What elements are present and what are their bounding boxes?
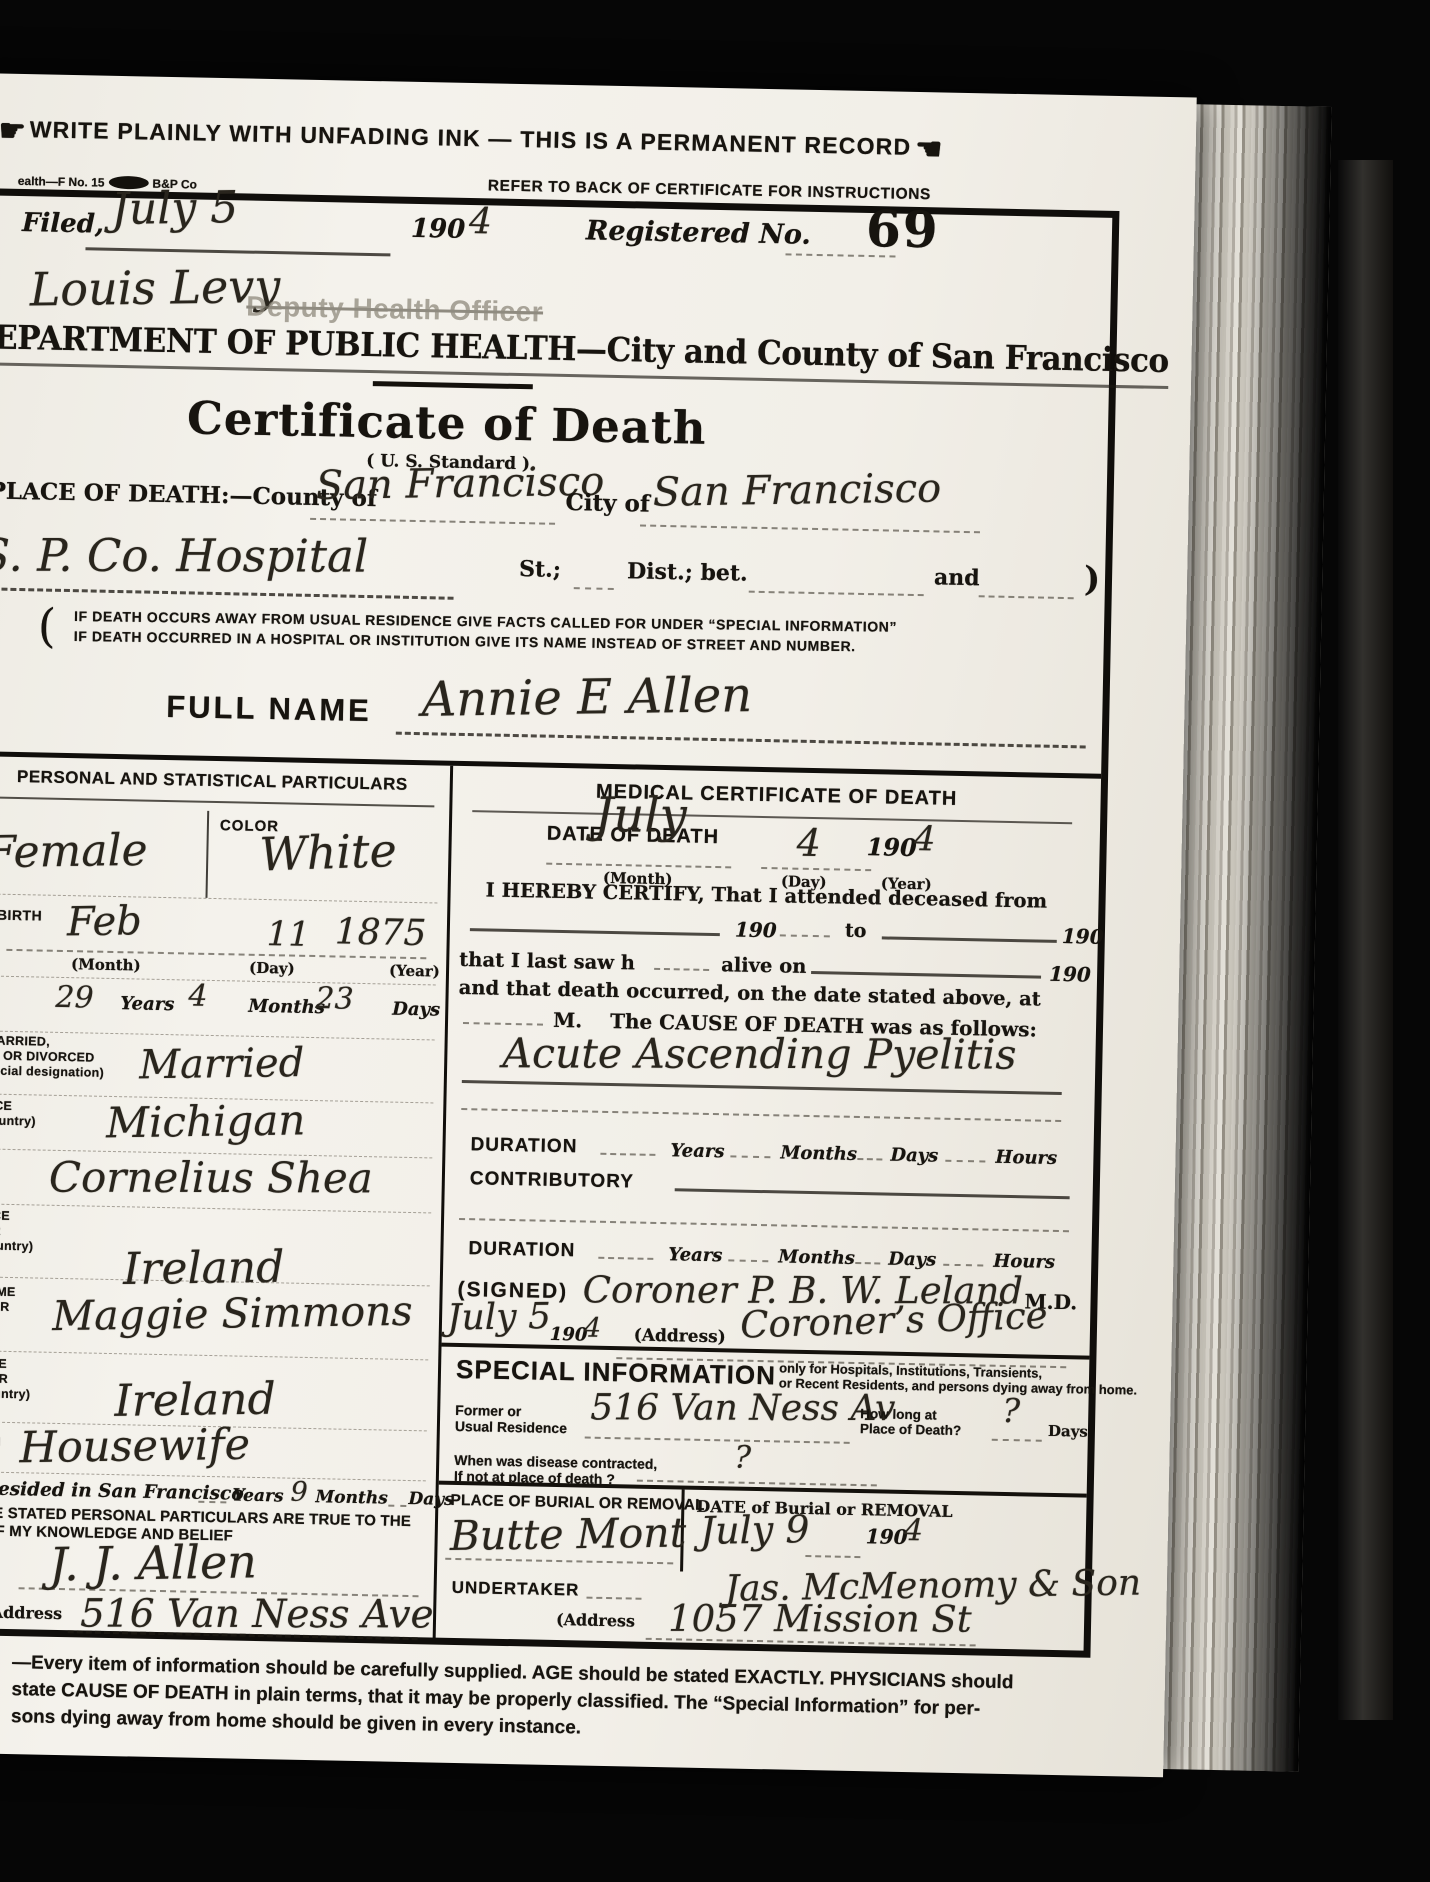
ruled-line [811,971,1041,979]
mother-frag2: OTHER [0,1299,15,1315]
howlong-label: How long at Place of Death? [860,1406,962,1438]
duration1-months: Months [780,1142,857,1165]
county-handwriting: San Francisco [316,459,605,509]
alive-label: alive on [721,953,807,978]
row-line [0,1203,431,1213]
duration1-hours: Hours [995,1147,1057,1169]
lastsaw-label: that I last saw h [459,948,635,975]
mbp-frag3: (r Country) [0,1386,31,1402]
occurred-line: and that death occurred, on the date sta… [458,976,1040,1011]
pointing-hand-left-icon: ☚ [915,133,943,167]
particulars-table: PERSONAL AND STATISTICAL PARTICULARS Fem… [0,751,1101,1655]
ruled-line [388,1505,406,1507]
certify-line: I HEREBY CERTIFY, That I attended deceas… [485,878,1047,912]
health-officer-signature: Louis Levy [29,259,280,317]
ruled-line [600,1153,655,1156]
color-handwriting: White [259,823,398,881]
header-rule [0,796,434,807]
city-handwriting: San Francisco [652,465,941,515]
ruled-line [945,1160,985,1163]
fbp-frag1: PLACE [0,1208,34,1224]
registered-number: 69 [865,199,940,259]
mother-bp-label-fragment: PLACE OTHER (r Country) [0,1356,31,1402]
ruled-line [761,867,871,871]
burial-date-handwriting: July 9 [700,1507,810,1553]
howlong-handwriting: ? [1002,1391,1020,1430]
filed-label: Filed, [22,208,105,240]
city-of-label: City of [565,489,650,518]
mother-label-fragment: N NAME OTHER [0,1284,16,1315]
ruled-line [585,1437,850,1444]
father-bp-label-fragment: PLACE THER (r Country) [0,1208,34,1254]
department-title: DEPARTMENT OF PUBLIC HEALTH—City and Cou… [0,317,1169,389]
cause-handwriting: Acute Ascending Pyelitis [502,1029,1016,1078]
stamp-left-text: ealth—F No. 15 [18,174,105,190]
ruled-line [396,732,1086,749]
ruled-line [979,595,1074,599]
certificate-title: Certificate of Death [187,391,707,454]
marital-frag3: (n social designation) [0,1063,104,1081]
medical-column: MEDICAL CERTIFICATE OF DEATH DATE OF DEA… [436,766,1101,1656]
ruled-line [675,1188,1070,1199]
ruled-line [463,1022,543,1026]
father-name-handwriting: Cornelius Shea [49,1153,373,1203]
pointing-hand-right-icon: ☛ [0,115,26,149]
resided-years-label: Years [232,1485,283,1506]
resided-months-handwriting: 9 [290,1477,308,1508]
bp-frag1: PLACE [0,1098,36,1114]
occupation-label-fragment: ATION [0,1434,1,1450]
marital-handwriting: Married [139,1040,305,1088]
dob-day-sublabel: (Day) [249,959,295,978]
mother-bp-handwriting: Ireland [114,1374,276,1427]
duration1-label: DURATION [470,1134,577,1158]
undertaker-label: UNDERTAKER [451,1578,579,1601]
undertaker-address-label: (Address [556,1610,635,1631]
former-residence-handwriting: 516 Van Ness Av [590,1387,895,1429]
ruled-line [728,1259,768,1262]
dob-day-handwriting: 11 [266,914,310,955]
ruled-line [586,1597,641,1600]
mbp-frag1: PLACE [0,1356,31,1372]
age-years-label: Years [120,993,174,1015]
ruled-line [445,1558,673,1565]
dob-label-fragment: OF BIRTH [0,906,42,923]
warning-text: WRITE PLAINLY WITH UNFADING INK — THIS I… [30,116,912,160]
ruled-line [470,928,720,936]
residence-note: IF DEATH OCCURS AWAY FROM USUAL RESIDENC… [74,608,897,655]
burial-year-digit: 4 [904,1513,924,1548]
dob-year-handwriting: 1875 [334,911,426,954]
mother-frag1: N NAME [0,1284,16,1300]
bracket-mark: ( [37,598,56,652]
dod-day-handwriting: 4 [796,821,821,865]
fbp-frag3: (r Country) [0,1238,33,1254]
ruled-line [882,936,1057,943]
filed-year-printed: 190 [411,214,466,245]
scanned-death-certificate: ☛ WRITE PLAINLY WITH UNFADING INK — THIS… [0,0,1430,1882]
ruled-line [730,1155,770,1158]
full-name-handwriting: Annie E Allen [421,667,752,728]
age-years-handwriting: 29 [55,980,94,1016]
and-label: and [934,564,980,591]
fbp-frag2: THER [0,1223,34,1239]
sex-handwriting: Female [0,825,148,878]
title-divider [373,381,533,389]
duration1-days: Days [890,1145,938,1167]
ruled-line [654,968,709,971]
personal-column: PERSONAL AND STATISTICAL PARTICULARS Fem… [0,756,450,1642]
to-label: to [845,920,867,942]
cell-divider [205,811,209,898]
signed-address-label: (Address) [634,1326,726,1348]
ruled-line [943,1264,983,1267]
dod-year-digit-handwriting: 4 [913,819,935,859]
duration2-days: Days [888,1249,936,1271]
st-label: St.; [519,556,561,583]
ruled-line [461,1108,1061,1122]
howlong-days-label: Days [1048,1422,1088,1441]
undertaker-address-handwriting: 1057 Mission St [668,1597,972,1641]
age-days-handwriting: 23 [315,981,354,1017]
occupation-handwriting: Housewife [19,1420,250,1473]
ruled-line [459,1218,1069,1232]
ruled-line [640,524,980,533]
ruled-line [85,247,390,256]
duration2-label: DURATION [468,1238,575,1262]
dist-label: Dist.; bet. [627,558,748,586]
signed-address-handwriting: Coroner’s Office [740,1294,1049,1347]
duration2-months: Months [778,1246,855,1269]
filed-year-digit-handwriting: 4 [469,201,493,242]
row-line [0,893,437,903]
institution-handwriting: S. P. Co. Hospital [0,529,368,583]
book-spine-shadow [1338,160,1393,1720]
signed-date-handwriting: July 5 [447,1296,551,1339]
bp-frag2: (r Country) [0,1113,36,1129]
age-days-label: Days [392,999,440,1021]
burial-year-printed: 190 [866,1524,908,1549]
y190c: 190 [1049,962,1091,987]
former-label2: Usual Residence [455,1418,567,1436]
dob-month-handwriting: Feb [67,898,143,945]
y190a: 190 [735,917,777,942]
mbp-frag2: OTHER [0,1371,31,1387]
dod-year-printed: 190 [866,832,917,862]
former-residence-label: Former or Usual Residence [455,1402,568,1436]
ruled-line [574,587,614,590]
ruled-line [598,1257,653,1260]
ruled-line [855,1262,880,1265]
ruled-line [992,1439,1042,1442]
contributory-label: CONTRIBUTORY [470,1168,634,1193]
ruled-line [749,591,924,597]
special-title: SPECIAL INFORMATION [456,1354,776,1391]
warning-line: ☛ WRITE PLAINLY WITH UNFADING INK — THIS… [0,114,943,168]
full-name-label: FULL NAME [166,689,372,729]
contracted-handwriting: ? [734,1440,751,1476]
ruled-line [805,1555,860,1558]
ruled-line [0,587,454,599]
resided-months-label: Months [315,1487,388,1508]
ruled-line [857,1158,882,1161]
signed-year-digit: 4 [584,1313,602,1344]
row-line [0,1350,428,1360]
certificate-card: Filed, July 5 190 4 Registered No. 69 Lo… [0,188,1119,1658]
ruled-line [780,934,830,937]
birthplace-handwriting: Michigan [106,1095,306,1147]
footer-note: —Every item of information should be car… [11,1649,912,1748]
burial-place-handwriting: Butte Mont [449,1508,686,1560]
registered-no-label: Registered No. [586,215,811,251]
ruled-line [310,518,555,525]
mother-name-handwriting: Maggie Simmons [52,1287,413,1340]
duration1-years: Years [670,1140,724,1162]
medical-header: MEDICAL CERTIFICATE OF DEATH [452,778,1100,814]
filed-date-handwriting: July 5 [111,182,239,235]
dob-month-sublabel: (Month) [71,955,141,974]
duration2-years: Years [668,1244,722,1266]
paren-mark: ) [1084,559,1101,599]
ruled-line [546,863,731,869]
signed-year-printed: 190 [550,1324,588,1346]
age-months-label: Months [248,996,325,1019]
dob-year-sublabel: (Year) [389,962,440,981]
age-months-handwriting: 4 [188,979,208,1014]
marital-label-fragment: E, MARRIED, WED OR DIVORCED (n social de… [0,1033,105,1081]
howlong-label2: Place of Death? [860,1421,962,1438]
y190b: 190 [1062,924,1104,949]
informant-handwriting: J. J. Allen [49,1534,257,1591]
ruled-line [462,1080,1062,1095]
personal-header: PERSONAL AND STATISTICAL PARTICULARS [0,766,450,796]
father-bp-handwriting: Ireland [123,1242,285,1295]
informant-address-label: (Address [0,1603,62,1624]
birthplace-label-fragment: PLACE (r Country) [0,1098,36,1129]
certificate-page: ☛ WRITE PLAINLY WITH UNFADING INK — THIS… [0,73,1197,1777]
dod-month-handwriting: July [594,787,687,843]
